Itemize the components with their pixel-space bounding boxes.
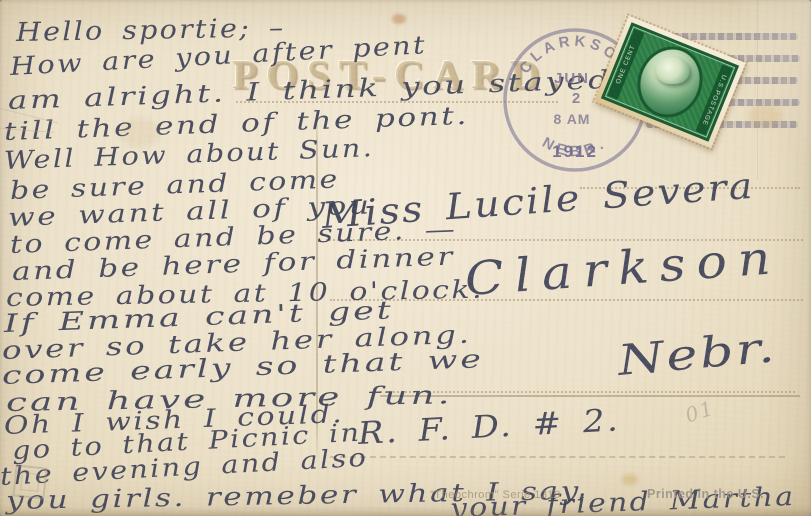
postmark-time: 8 AM: [554, 111, 591, 127]
city-line: Clarkson: [463, 230, 783, 306]
scan-corner-highlight: [740, 0, 811, 160]
state-line: Nebr.: [616, 322, 779, 385]
postmark-day: 2: [572, 90, 580, 107]
pencil-note: 01: [682, 395, 717, 427]
stain: [120, 118, 160, 148]
imprint-printed: Printed in the U.S.: [647, 487, 764, 501]
stamp-portrait-oval: [627, 37, 713, 128]
stain: [392, 14, 406, 24]
imprint-series: "Theochrom" Serie 1310: [430, 489, 561, 501]
embossed-seal-mark: [12, 464, 47, 499]
postmark-year: 1912: [552, 142, 598, 161]
postmark-month: JUN: [554, 70, 590, 87]
stamp-portrait-head: [654, 55, 691, 85]
postcard-scan: POST-CARD. CLARKSON NEBR. JUN 2 8 AM 191…: [0, 0, 811, 516]
recipient-line: Miss Lucile Severa: [321, 166, 756, 237]
scan-edge-shadow: [0, 506, 811, 516]
address-rule-5: [330, 456, 785, 458]
stain: [622, 474, 638, 485]
